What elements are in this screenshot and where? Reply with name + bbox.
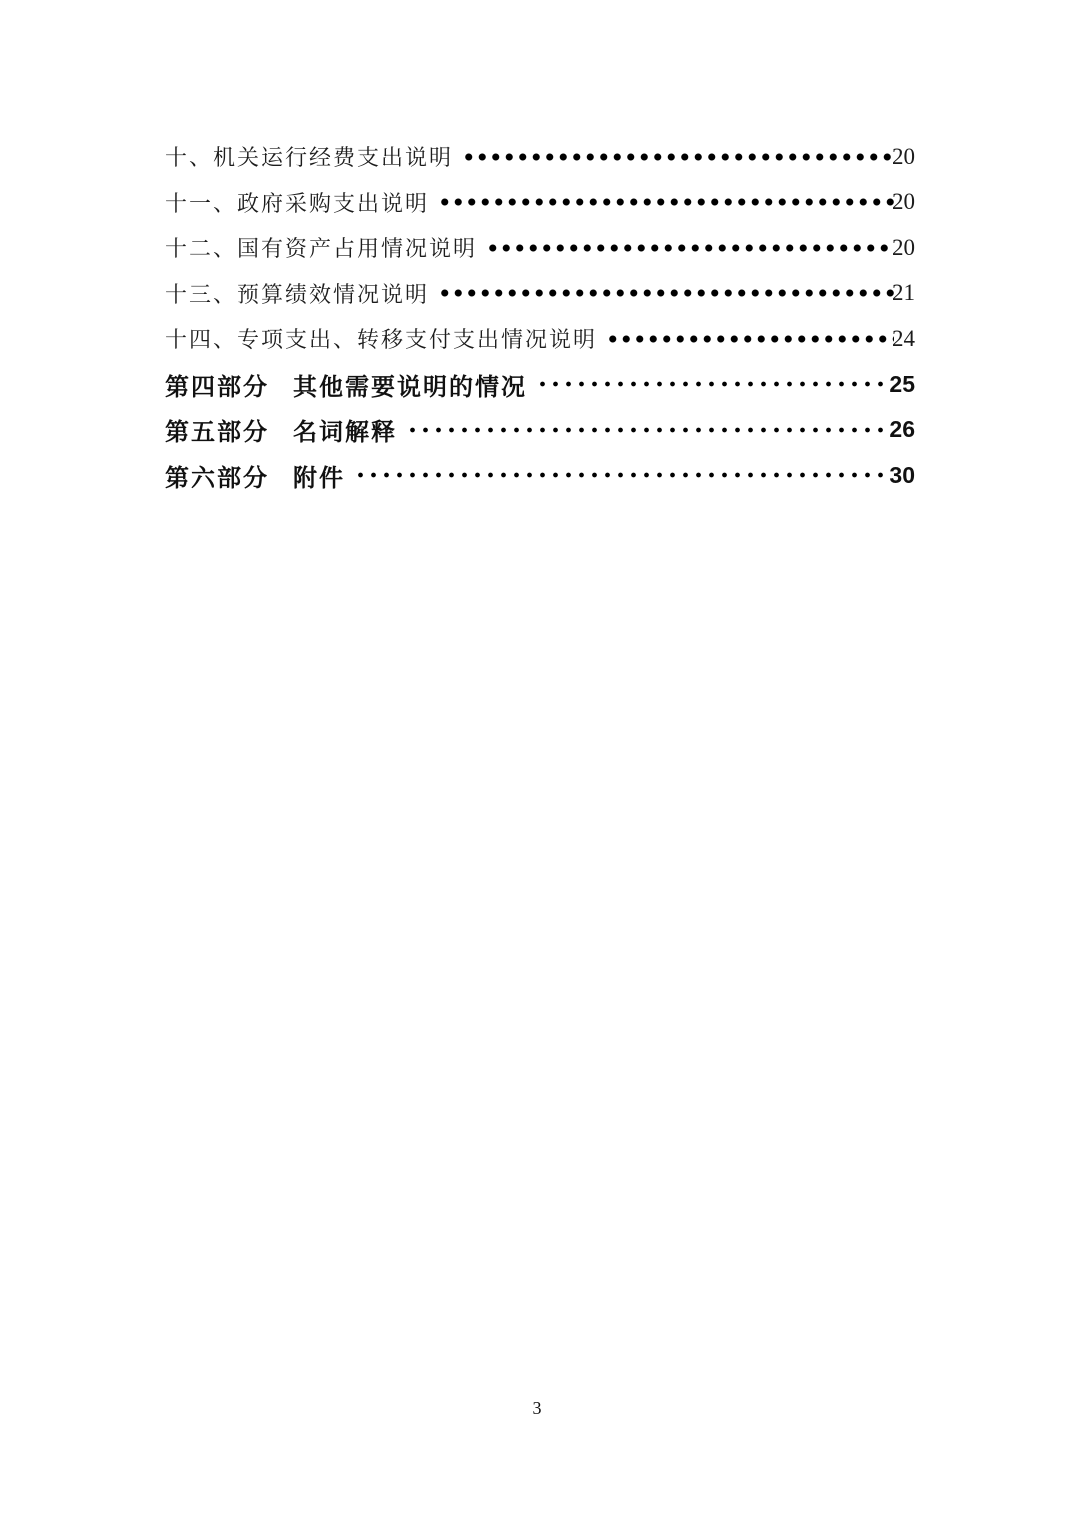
toc-entry-page: 20 xyxy=(892,144,915,170)
document-page: 十、机关运行经费支出说明 20 十一、政府采购支出说明 20 十二、国有资产占用… xyxy=(0,0,1074,1520)
toc-entry-label: 其他需要说明的情况 xyxy=(293,367,527,402)
dot-leader xyxy=(606,331,894,347)
toc-entry-page: 25 xyxy=(889,371,915,398)
toc-entry-page: 20 xyxy=(892,235,915,261)
toc-part-label: 第四部分 xyxy=(165,367,269,402)
toc-entry-10[interactable]: 十、机关运行经费支出说明 20 xyxy=(165,134,915,180)
toc-entry-page: 24 xyxy=(892,326,915,352)
toc-part-label: 第五部分 xyxy=(165,412,269,447)
toc-entry-label: 十三、预算绩效情况说明 xyxy=(165,278,429,309)
toc-entry-page: 21 xyxy=(892,280,915,306)
toc-entry-14[interactable]: 十四、专项支出、转移支付支出情况说明 24 xyxy=(165,316,915,362)
toc-entry-12[interactable]: 十二、国有资产占用情况说明 20 xyxy=(165,225,915,271)
page-footer: 3 xyxy=(0,1398,1074,1419)
toc-part-label: 第六部分 xyxy=(165,458,269,493)
dot-leader xyxy=(406,422,890,438)
toc-entry-label: 十一、政府采购支出说明 xyxy=(165,187,429,218)
toc-entry-part-5[interactable]: 第五部分 名词解释 26 xyxy=(165,407,915,453)
dot-leader xyxy=(438,194,894,210)
toc-entry-label: 附件 xyxy=(293,458,345,493)
dot-leader xyxy=(462,149,894,165)
toc-entry-label: 十四、专项支出、转移支付支出情况说明 xyxy=(165,323,597,354)
dot-leader xyxy=(486,240,894,256)
dot-leader xyxy=(536,376,890,392)
toc-entry-11[interactable]: 十一、政府采购支出说明 20 xyxy=(165,180,915,226)
toc-entry-label: 名词解释 xyxy=(293,412,397,447)
toc-entry-label: 十二、国有资产占用情况说明 xyxy=(165,232,477,263)
toc-entry-label: 十、机关运行经费支出说明 xyxy=(165,141,453,172)
toc-entry-page: 20 xyxy=(892,189,915,215)
dot-leader xyxy=(438,285,894,301)
toc-entry-page: 26 xyxy=(889,416,915,443)
page-number: 3 xyxy=(533,1398,542,1418)
table-of-contents: 十、机关运行经费支出说明 20 十一、政府采购支出说明 20 十二、国有资产占用… xyxy=(165,134,915,498)
dot-leader xyxy=(354,467,890,483)
toc-entry-part-4[interactable]: 第四部分 其他需要说明的情况 25 xyxy=(165,362,915,408)
toc-entry-page: 30 xyxy=(889,462,915,489)
toc-entry-13[interactable]: 十三、预算绩效情况说明 21 xyxy=(165,271,915,317)
toc-entry-part-6[interactable]: 第六部分 附件 30 xyxy=(165,453,915,499)
